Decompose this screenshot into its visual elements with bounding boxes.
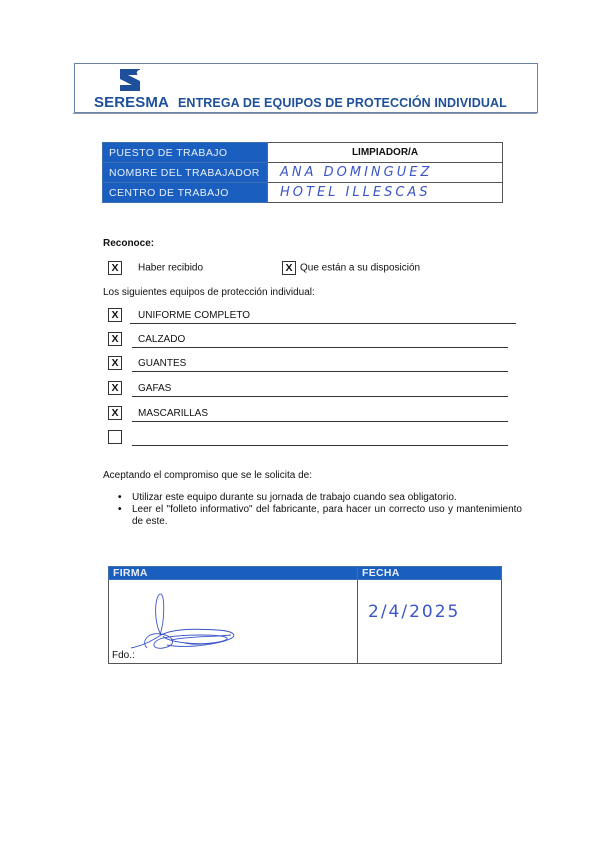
job-label: PUESTO DE TRABAJO [103,143,268,163]
fdo-label: Fdo.: [112,650,135,661]
ppe-item: X MASCARILLAS [108,406,508,422]
ppe-checkbox[interactable]: X [108,356,122,370]
ppe-underline [132,347,508,348]
worker-name-value[interactable]: ANA DOMINGUEZ [268,163,503,183]
ppe-item: X GUANTES [108,356,508,372]
ppe-label: MASCARILLAS [138,408,208,419]
available-checkbox[interactable]: X [282,261,296,275]
ppe-label: GUANTES [138,358,186,369]
worker-info-table: PUESTO DE TRABAJO LIMPIADOR/A NOMBRE DEL… [102,142,503,203]
brand-name: SERESMA [94,94,169,111]
ppe-checkbox[interactable]: X [108,381,122,395]
ppe-checkbox[interactable] [108,430,122,444]
ppe-item: X GAFAS [108,381,508,397]
info-row-workplace: CENTRO DE TRABAJO HOTEL ILLESCAS [103,183,503,203]
signature-table: FIRMA FECHA Fdo.: 2/4/2025 [108,566,502,664]
info-row-worker: NOMBRE DEL TRABAJADOR ANA DOMINGUEZ [103,163,503,183]
signature-field[interactable]: Fdo.: [109,580,358,664]
info-row-job: PUESTO DE TRABAJO LIMPIADOR/A [103,143,503,163]
acknowledge-heading: Reconoce: [103,238,154,249]
handwritten-signature-icon [127,590,267,655]
ppe-checkbox[interactable]: X [108,332,122,346]
ppe-checkbox[interactable]: X [108,406,122,420]
seresma-logo-icon [118,68,146,92]
ppe-label: CALZADO [138,334,185,345]
ack-option-received: XHaber recibido [108,261,203,275]
document-title: ENTREGA DE EQUIPOS DE PROTECCIÓN INDIVID… [178,96,507,110]
commitment-item: Utilizar este equipo durante su jornada … [132,492,522,504]
received-label: Haber recibido [138,263,203,274]
available-label: Que están a su disposición [300,263,420,274]
document-header: SERESMA ENTREGA DE EQUIPOS DE PROTECCIÓN… [74,63,538,113]
workplace-value[interactable]: HOTEL ILLESCAS [268,183,503,203]
ppe-underline [132,421,508,422]
fecha-header: FECHA [358,567,502,580]
ppe-underline [132,396,508,397]
ack-option-available: XQue están a su disposición [282,261,420,275]
ppe-item-blank [108,430,508,446]
commitment-intro: Aceptando el compromiso que se le solici… [103,470,312,481]
workplace-label: CENTRO DE TRABAJO [103,183,268,203]
ppe-label: GAFAS [138,383,171,394]
commitment-item: Leer el "folleto informativo" del fabric… [132,504,522,528]
ppe-checkbox[interactable]: X [108,308,122,322]
ppe-item: X UNIFORME COMPLETO [108,308,508,324]
date-value: 2/4/2025 [368,602,460,622]
equipment-intro: Los siguientes equipos de protección ind… [103,287,315,298]
ppe-item: X CALZADO [108,332,508,348]
date-field[interactable]: 2/4/2025 [358,580,502,664]
ppe-underline [130,323,516,324]
firma-header: FIRMA [109,567,358,580]
job-value[interactable]: LIMPIADOR/A [268,143,503,163]
ppe-underline [132,445,508,446]
ppe-label: UNIFORME COMPLETO [138,310,250,321]
commitment-list: Utilizar este equipo durante su jornada … [118,492,522,528]
ppe-underline [132,371,508,372]
worker-name-label: NOMBRE DEL TRABAJADOR [103,163,268,183]
received-checkbox[interactable]: X [108,261,122,275]
